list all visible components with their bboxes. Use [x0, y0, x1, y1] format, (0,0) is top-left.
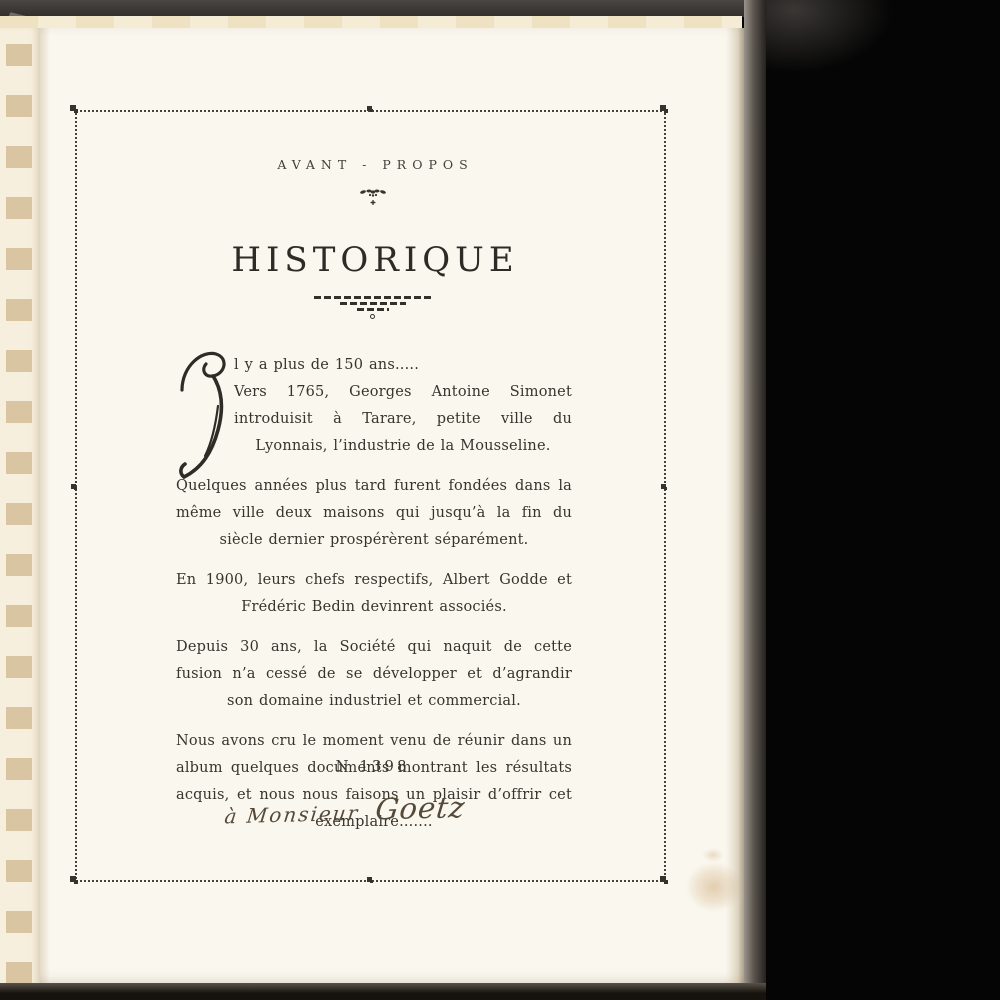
page-title: HISTORIQUE: [75, 240, 670, 280]
dedication-name: Goetz: [374, 790, 468, 826]
drop-cap-swash-icon: I: [172, 346, 242, 486]
background-right: [766, 0, 1000, 1000]
corner-ornament-icon: [660, 876, 666, 882]
fleuron-icon: [358, 188, 388, 208]
mid-border-ornament-icon: [661, 484, 666, 489]
ornament-row: [357, 308, 389, 311]
corner-ornament-icon: [660, 105, 666, 111]
dedication-prefix: à Monsieur: [223, 801, 360, 829]
corner-ornament-icon: [70, 876, 76, 882]
drop-cap: I: [176, 352, 234, 434]
title-ornament-icon: [75, 296, 670, 319]
paragraph: En 1900, leurs chefs respectifs, Albert …: [176, 567, 572, 621]
copy-number: N 1398: [75, 757, 670, 775]
spine-crease: [40, 28, 50, 984]
ink-stain: [686, 862, 742, 912]
fore-edge-ribbon: [0, 28, 40, 984]
corner-ornament-icon: [70, 105, 76, 111]
checker-pattern: [6, 28, 32, 984]
book-cover-bottom-edge: [0, 983, 766, 1000]
mid-border-ornament-icon: [71, 484, 76, 489]
page-right-edge: [726, 28, 744, 984]
mid-border-ornament-icon: [367, 877, 372, 882]
ornament-row: [340, 302, 406, 305]
book-cover-right-edge: [744, 0, 766, 1000]
ornament-dot: [370, 314, 375, 319]
ink-stain: [702, 848, 724, 862]
paragraph: Depuis 30 ans, la Société qui naquit de …: [176, 634, 572, 715]
book-page-photo: AVANT - PROPOS HISTORIQUE: [0, 0, 1000, 1000]
paragraph-first: I l y a plus de 150 ans..... Vers 1765, …: [176, 352, 572, 460]
mid-border-ornament-icon: [367, 106, 372, 111]
section-label: AVANT - PROPOS: [75, 157, 670, 172]
ornament-row: [314, 296, 432, 299]
fleuron-wrap: [75, 188, 670, 212]
